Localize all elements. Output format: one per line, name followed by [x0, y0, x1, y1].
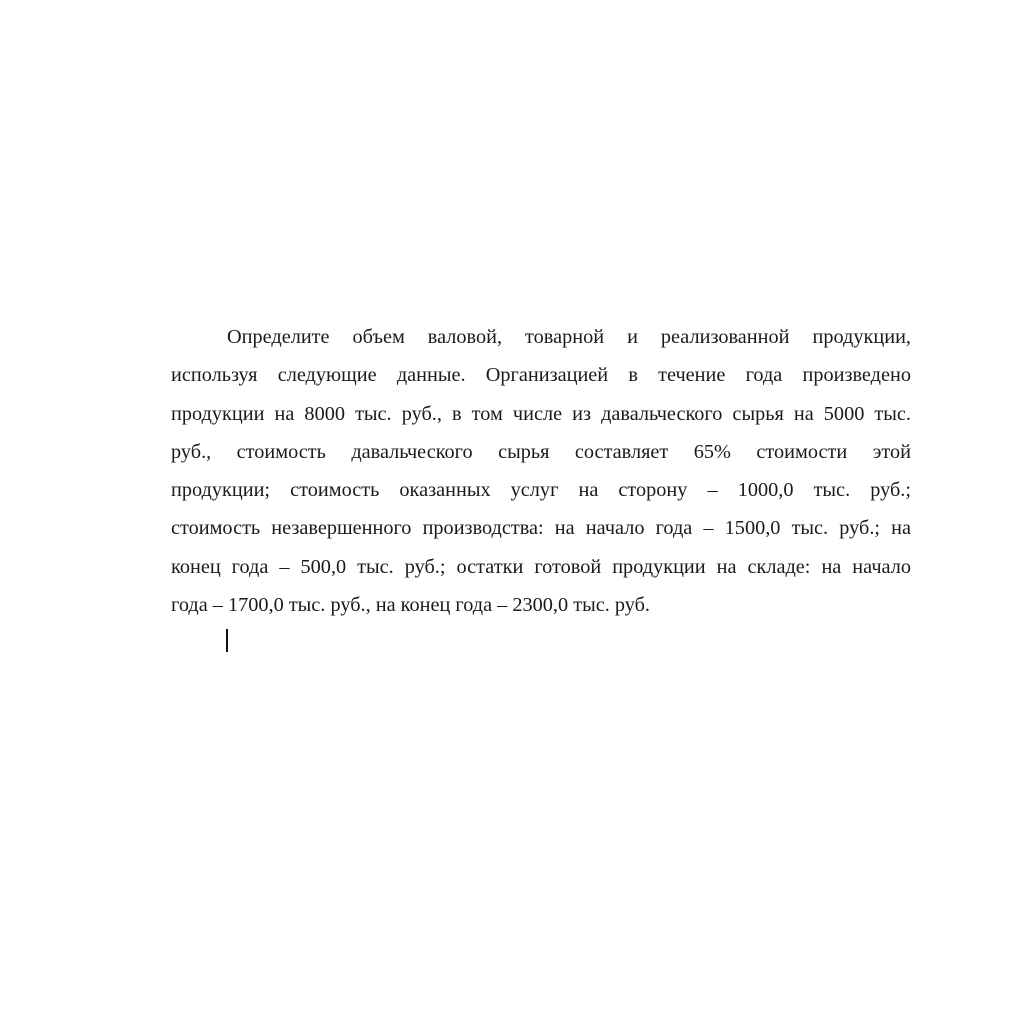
task-paragraph[interactable]: Определите объем валовой, товарной и реа… — [171, 318, 911, 624]
paragraph-line: конец года – 500,0 тыс. руб.; остатки го… — [171, 548, 911, 586]
paragraph-line: используя следующие данные. Организацией… — [171, 356, 911, 394]
document-page[interactable]: Определите объем валовой, товарной и реа… — [0, 0, 1024, 1024]
paragraph-line: продукции; стоимость оказанных услуг на … — [171, 471, 911, 509]
paragraph-line: стоимость незавершенного производства: н… — [171, 509, 911, 547]
paragraph-line: года – 1700,0 тыс. руб., на конец года –… — [171, 586, 911, 624]
paragraph-line: Определите объем валовой, товарной и реа… — [171, 318, 911, 356]
paragraph-line: руб., стоимость давальческого сырья сост… — [171, 433, 911, 471]
text-cursor — [226, 629, 228, 652]
paragraph-line: продукции на 8000 тыс. руб., в том числе… — [171, 395, 911, 433]
